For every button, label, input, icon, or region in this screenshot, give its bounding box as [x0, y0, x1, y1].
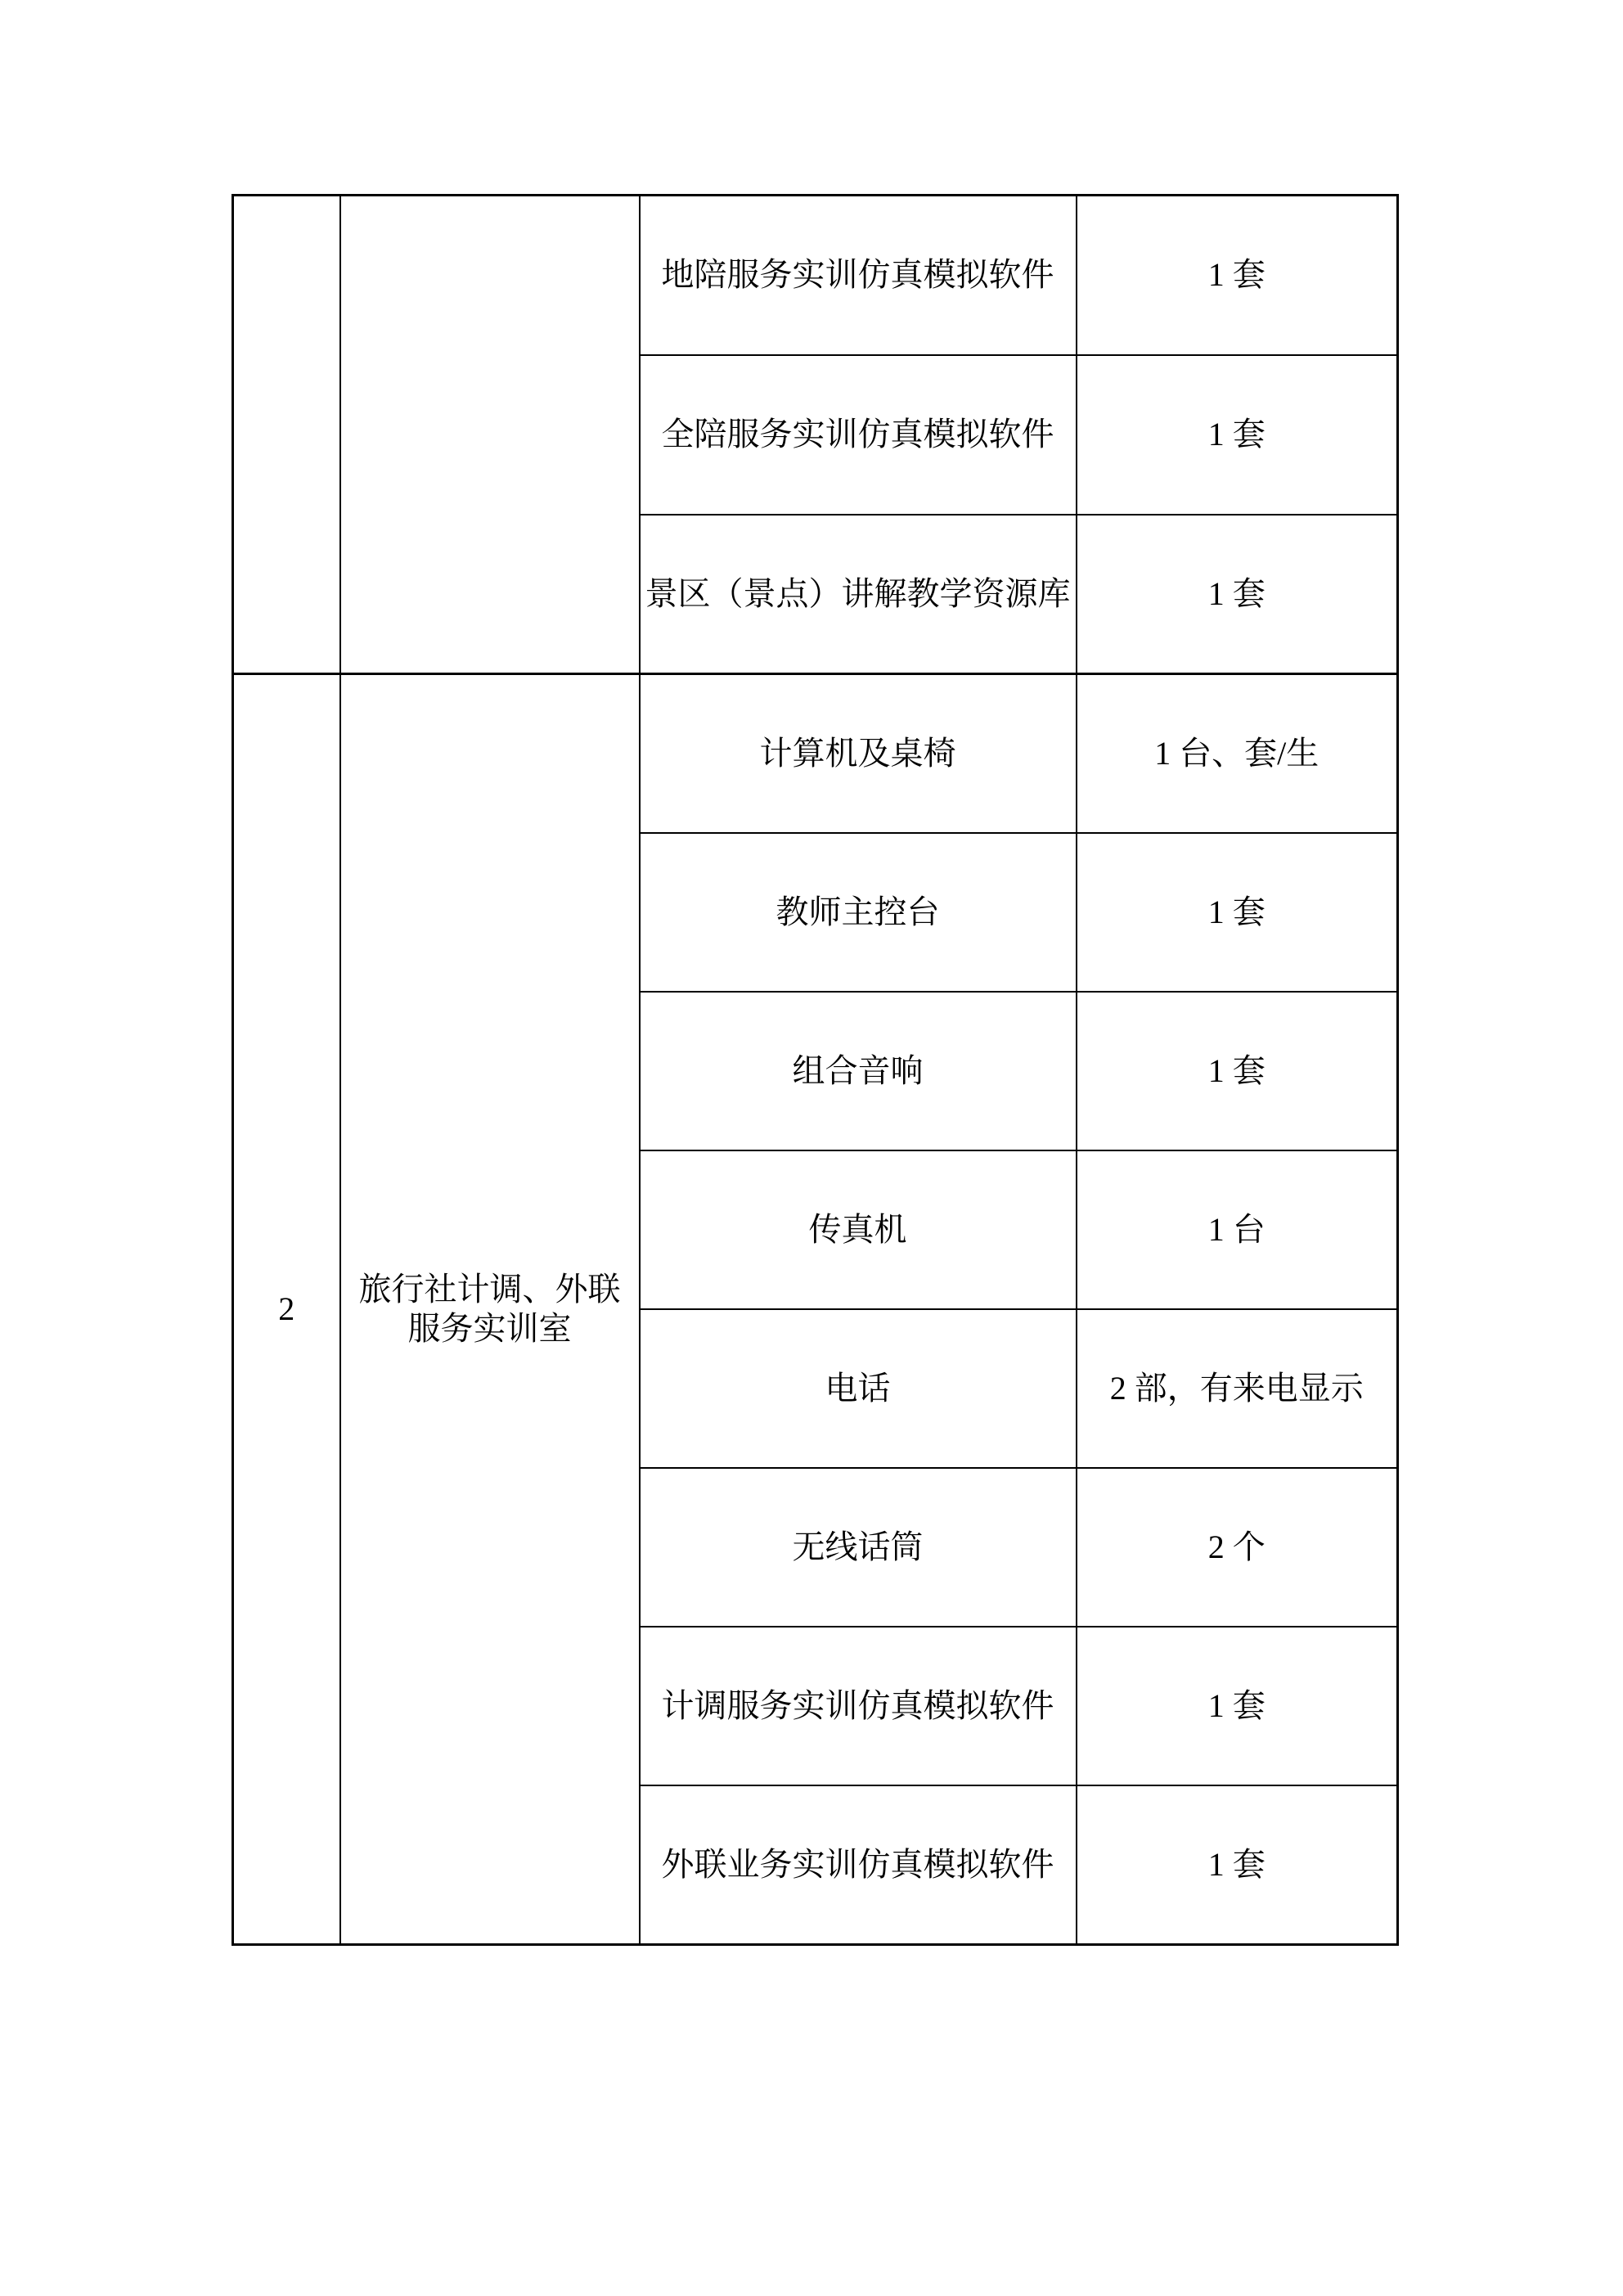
equipment-name-cell: 无线话筒: [640, 1468, 1077, 1627]
quantity-cell: 1 套: [1077, 992, 1398, 1150]
equipment-name-cell: 地陪服务实训仿真模拟软件: [640, 196, 1077, 355]
quantity-cell: 1 套: [1077, 1627, 1398, 1785]
equipment-name-cell: 传真机: [640, 1150, 1077, 1309]
quantity-cell: 2 部，有来电显示: [1077, 1309, 1398, 1468]
equipment-name-cell: 景区（景点）讲解教学资源库: [640, 515, 1077, 674]
quantity-cell: 1 套: [1077, 355, 1398, 515]
quantity-cell: 2 个: [1077, 1468, 1398, 1627]
quantity-cell: 1 套: [1077, 1785, 1398, 1944]
table-row: 地陪服务实训仿真模拟软件 1 套: [233, 196, 1398, 355]
equipment-name-cell: 组合音响: [640, 992, 1077, 1150]
equipment-name-cell: 计算机及桌椅: [640, 674, 1077, 833]
quantity-cell: 1 套: [1077, 515, 1398, 674]
quantity-cell: 1 台: [1077, 1150, 1398, 1309]
equipment-name-cell: 外联业务实训仿真模拟软件: [640, 1785, 1077, 1944]
table-row: 2 旅行社计调、外联 服务实训室 计算机及桌椅 1 台、套/生: [233, 674, 1398, 833]
room-name-cell: [340, 196, 640, 674]
equipment-table: 地陪服务实训仿真模拟软件 1 套 全陪服务实训仿真模拟软件 1 套 景区（景点）…: [232, 194, 1399, 1946]
quantity-cell: 1 套: [1077, 833, 1398, 992]
equipment-name-cell: 电话: [640, 1309, 1077, 1468]
equipment-name-cell: 计调服务实训仿真模拟软件: [640, 1627, 1077, 1785]
row-index-cell: [233, 196, 340, 674]
document-page: 地陪服务实训仿真模拟软件 1 套 全陪服务实训仿真模拟软件 1 套 景区（景点）…: [0, 0, 1623, 2296]
equipment-name-cell: 教师主控台: [640, 833, 1077, 992]
quantity-cell: 1 套: [1077, 196, 1398, 355]
quantity-cell: 1 台、套/生: [1077, 674, 1398, 833]
row-index-cell: 2: [233, 674, 340, 1945]
room-name-cell: 旅行社计调、外联 服务实训室: [340, 674, 640, 1945]
equipment-name-cell: 全陪服务实训仿真模拟软件: [640, 355, 1077, 515]
